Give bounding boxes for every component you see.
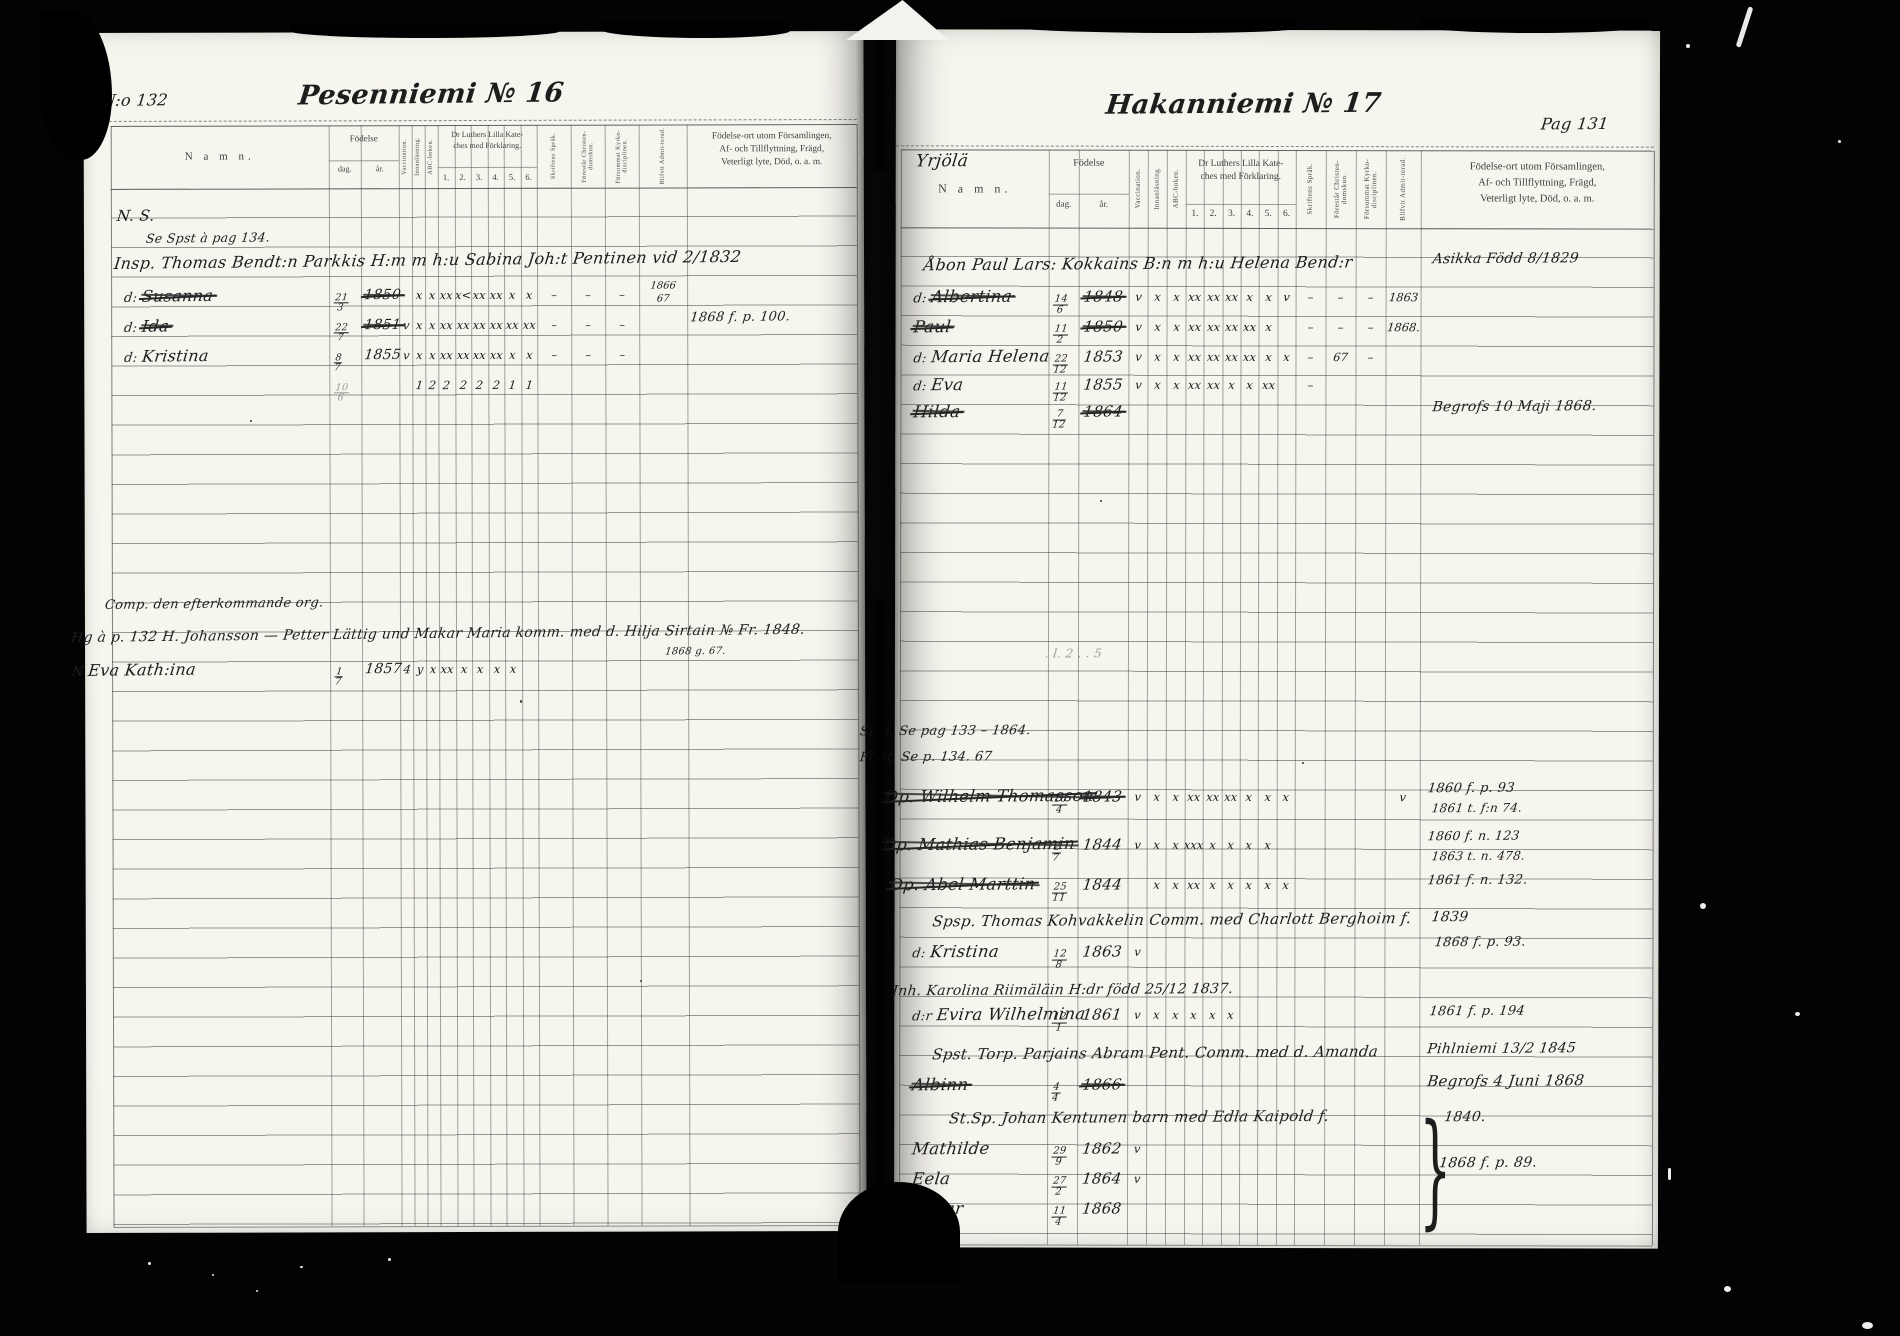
examination-mark: xx [1205, 792, 1219, 804]
katekes-number-header: 5. [1259, 210, 1277, 220]
examination-mark: x [1245, 880, 1253, 892]
white-speck [1862, 1322, 1873, 1329]
examination-mark: x [493, 664, 501, 676]
examination-mark: v [402, 320, 410, 332]
person-name: Eva Kath:ina [87, 660, 197, 680]
person-name-cell: d: Kristina [911, 944, 999, 961]
person-name-cell: Dp. Mathias Benjamin [882, 836, 1076, 854]
examination-mark: v [1134, 292, 1142, 304]
birth-year: 1850 [1083, 319, 1124, 334]
birth-year: 1857 [364, 662, 402, 676]
remarks-note: 1839 [1431, 910, 1470, 924]
examination-mark: xx [439, 290, 453, 302]
person-name-cell: Mathilde [911, 1141, 990, 1158]
birth-year-text: 1864 [1082, 402, 1124, 420]
remarks-column-header: Veterligt lyte, Död, o. a. m. [1421, 194, 1654, 205]
examination-mark: – [619, 290, 626, 302]
name-prefix: d: [912, 379, 931, 394]
examination-mark: – [551, 350, 558, 362]
person-name-cell: Paul [913, 319, 952, 336]
person-name: Maria Helena [930, 346, 1051, 366]
examination-mark: x [1263, 880, 1271, 892]
register-scan: N:o 132 Pesenniemi № 16 N a m n.Födelsed… [0, 0, 1900, 1336]
paper-speck [250, 420, 252, 422]
examination-mark: xx [1243, 352, 1257, 364]
forsummat-column-header: Försummat Kyrko-disciplinen. [605, 127, 639, 186]
birth-year: 1863 [1082, 944, 1123, 959]
birth-year-text: 1864 [1081, 1169, 1123, 1187]
ar-subheader: år. [361, 165, 399, 173]
examination-mark: x [1263, 840, 1271, 852]
fodelse-column-header: Födelse [329, 134, 399, 143]
birth-year: 1848 [1083, 289, 1124, 304]
examination-mark: x [1153, 292, 1161, 304]
person-name: Albertina [930, 287, 1013, 307]
left-title-rule [94, 119, 857, 122]
examination-mark: xx [1206, 380, 1220, 392]
examination-mark: 1 [525, 380, 534, 392]
paper-speck [640, 980, 642, 982]
forsummat-column-header: Försummat Kyrko-disciplinen. [1356, 152, 1386, 226]
vertical-label-text: ABC-boken. [1173, 169, 1180, 209]
remarks-column-header: Födelse-ort utom Församlingen, [1421, 162, 1654, 173]
birth-year: 1855 [363, 348, 401, 362]
white-speck [388, 1258, 391, 1261]
sprak-column-header: Skriftens Språk. [1296, 152, 1326, 226]
examination-mark: – [551, 290, 558, 302]
examination-mark: xx [505, 320, 519, 332]
right-title-rule [896, 145, 1654, 147]
examination-mark: 2 [459, 380, 468, 392]
examination-mark: 2 [492, 380, 501, 392]
birth-year: 1861 [1081, 1007, 1122, 1022]
examination-mark: y [416, 664, 424, 676]
examination-mark: x [1282, 352, 1290, 364]
ruled-lines [111, 187, 860, 1227]
examination-mark: x [1172, 352, 1180, 364]
vertical-label-text: Skriftens Språk. [1307, 163, 1314, 215]
examination-mark: xx [1261, 380, 1275, 392]
examination-mark: – [1367, 292, 1374, 304]
white-speck [1668, 1168, 1671, 1180]
examination-mark: x [1153, 322, 1161, 334]
examination-mark: 2 [428, 380, 437, 392]
fodelse-column-header: Födelse [1049, 159, 1129, 169]
examination-mark: v [1133, 1174, 1141, 1186]
katekes-number-header: 1. [1186, 210, 1204, 220]
birth-year-text: 1844 [1082, 875, 1124, 893]
birth-year-text: 1861 [1081, 1005, 1123, 1023]
examination-mark: x [1171, 880, 1179, 892]
name-prefix: N [71, 665, 89, 680]
examination-mark: xx [439, 320, 453, 332]
ar-subheader: år. [1079, 200, 1129, 209]
examination-mark: xx [1206, 322, 1220, 334]
examination-mark: x [1172, 380, 1180, 392]
examination-mark: 1 [508, 380, 517, 392]
examination-mark: x [428, 320, 436, 332]
remarks-note: 1868 f. p. 93. [1434, 936, 1527, 950]
white-speck [148, 1262, 151, 1265]
vertical-label-text: Innanläsning. [1154, 167, 1161, 210]
black-edge-bump-1 [290, 24, 560, 38]
remarks-note: 1868 f. p. 89. [1438, 1156, 1538, 1171]
birth-year: 1844 [1082, 837, 1123, 852]
remarks-note: 1868 f. p. 100. [689, 310, 790, 324]
examination-mark: x [1282, 792, 1290, 804]
examination-mark: xx [456, 350, 470, 362]
examination-mark: 4 [402, 664, 411, 676]
birth-day-fraction: 114 [1050, 1207, 1067, 1227]
examination-mark: v [1283, 292, 1291, 304]
abc-column-header: ABC-boken. [425, 127, 438, 186]
sprak-column-header: Skriftens Språk. [537, 127, 571, 186]
examination-mark: v [1134, 322, 1142, 334]
birth-year-text: 1857 [364, 661, 403, 677]
left-page-title: Pesenniemi № 16 [297, 79, 565, 109]
examination-mark: xx [1188, 352, 1202, 364]
person-name-cell: Albinn [911, 1077, 969, 1094]
examination-mark: 2 [442, 380, 451, 392]
examination-mark: x [525, 350, 533, 362]
right-page-title: Hakanniemi № 17 [1104, 90, 1382, 119]
examination-mark: x [428, 290, 436, 302]
examination-mark: – [619, 320, 626, 332]
examination-mark: – [619, 350, 626, 362]
vertical-label-text: ABC-boken. [428, 139, 435, 174]
admit-column-header: Blifvit Admit-terad. [639, 126, 687, 185]
vertical-label-text: Blifvit Admit-terad. [1400, 157, 1407, 221]
birth-year: 1866 [1081, 1077, 1122, 1092]
person-name-cell: d: Kristina [123, 348, 209, 365]
person-name: Hilda [912, 402, 961, 421]
examination-mark: – [551, 320, 558, 332]
katekes-number-header: 2. [1204, 210, 1222, 220]
handwritten-line: Comp. den efterkommande org. [104, 596, 324, 611]
examination-mark: x [1263, 792, 1271, 804]
examination-mark: xx [472, 290, 486, 302]
katekes-header-line2: ches med Förklaring. [1186, 173, 1296, 183]
examination-mark: x [1227, 840, 1235, 852]
examination-mark: 1868. [1386, 322, 1420, 334]
birth-day-fraction: 2212 [1052, 355, 1069, 375]
person-name: Ida [141, 316, 170, 335]
forestar-column-header: Förestår Christen-domskun. [1326, 152, 1356, 226]
birth-year-text: 1850 [363, 287, 402, 303]
birth-year-text: 1868 [1081, 1199, 1123, 1217]
examination-mark: x< [454, 290, 471, 302]
person-name: Kristina [929, 942, 1000, 961]
examination-mark: x [1152, 880, 1160, 892]
examination-mark: x [1152, 792, 1160, 804]
examination-mark: x [1152, 1010, 1160, 1022]
examination-mark: xxx [1183, 840, 1204, 852]
birth-day-fraction: 712 [1052, 410, 1067, 430]
examination-mark: x [1172, 292, 1180, 304]
examination-mark: x [1227, 880, 1235, 892]
examination-mark: x [1264, 352, 1272, 364]
katekes-number-header: 4. [487, 173, 504, 182]
katekes-number-header: 6. [1277, 210, 1295, 220]
birth-year: 1851 [363, 318, 401, 332]
examination-mark: xx [489, 290, 503, 302]
white-speck [1700, 903, 1706, 909]
grouping-brace: } [1419, 1108, 1451, 1232]
examination-mark: x [1264, 322, 1272, 334]
katekes-number-header: 3. [471, 173, 488, 182]
examination-mark: x [415, 320, 423, 332]
examination-mark: x [1226, 1010, 1234, 1022]
examination-mark: x [509, 290, 517, 302]
examination-mark: x [428, 350, 436, 362]
remarks-note: 1861 f. p. 194 [1429, 1005, 1526, 1019]
abc-column-header: ABC-boken. [1167, 152, 1186, 226]
examination-mark: – [1307, 322, 1314, 334]
black-edge-bump-4 [1420, 18, 1650, 33]
katekes-number-header: 1. [438, 173, 455, 182]
black-gutter-bottom [838, 1182, 960, 1282]
katekes-number-header: 4. [1241, 210, 1259, 220]
paper-speck [982, 1122, 985, 1124]
examination-mark: xx [1188, 292, 1202, 304]
birth-year-text: 1855 [1082, 375, 1124, 393]
examination-mark: x [1171, 792, 1179, 804]
examination-mark: xx [1206, 292, 1220, 304]
remarks-note: 1863 t. n. 478. [1431, 850, 1526, 863]
person-name: Albinn [911, 1075, 969, 1094]
examination-mark: x [1264, 292, 1272, 304]
examination-mark: xx [439, 350, 453, 362]
vertical-label-text: Vaccination. [1135, 169, 1142, 209]
remarks-note: 1860 f. p. 93 [1427, 782, 1515, 796]
forestar-column-header: Förestår Christen-domskun. [571, 127, 605, 186]
person-name-cell: Dp. Abel Marttin [889, 876, 1037, 894]
birth-day-fraction: 112 [1052, 325, 1069, 345]
examination-mark: v [1133, 947, 1141, 959]
person-name-cell: d: Eva [912, 377, 964, 394]
right-village-name: Yrjölä [915, 153, 969, 170]
white-scratch-right [1736, 6, 1754, 47]
person-name: Paul [913, 317, 953, 336]
white-speck [300, 1266, 303, 1268]
birth-year: 1855 [1083, 377, 1124, 392]
header-top-line [111, 124, 857, 127]
vertical-label-text: Försummat Kyrko-disciplinen. [1363, 152, 1378, 226]
examination-mark: x [1227, 380, 1235, 392]
birth-day-fraction: 164 [1051, 795, 1068, 815]
examination-mark: xx [1224, 322, 1238, 334]
birth-day-fraction: 121 [1051, 1013, 1068, 1033]
katekes-header-line1: Dr Luthers Lilla Kate- [438, 131, 537, 139]
examination-mark: x [1245, 792, 1253, 804]
examination-mark: x [415, 350, 423, 362]
right-folio-number: Pag 131 [1540, 116, 1609, 132]
examination-mark: xx [1223, 792, 1237, 804]
examination-mark: v [1134, 380, 1142, 392]
examination-mark: x [1246, 380, 1254, 392]
examination-mark: – [585, 290, 592, 302]
birth-year-text: 1853 [1083, 347, 1125, 365]
examination-mark: – [585, 350, 592, 362]
white-speck [1838, 140, 1841, 143]
examination-mark: xx [1187, 792, 1201, 804]
person-name-cell: d: Susanna [123, 288, 214, 305]
white-speck [1686, 44, 1690, 48]
dag-subheader: dag. [329, 165, 361, 173]
examination-mark: x [1152, 840, 1160, 852]
vacc-column-header: Vaccination. [399, 127, 412, 186]
examination-mark: – [1307, 292, 1314, 304]
handwritten-line: 1868 g. 67. [664, 647, 726, 658]
remarks-note: 1861 f. n. 132. [1427, 874, 1529, 888]
spine-dark-line [869, 170, 886, 600]
birth-day-fraction: 272 [1050, 1177, 1067, 1197]
examination-mark: v [402, 350, 410, 362]
marginal-note: N. S. [116, 209, 155, 224]
fodelse-divider [1049, 194, 1129, 195]
person-name: Susanna [141, 286, 214, 306]
remarks-note: Begrofs 4 Juni 1868 [1426, 1073, 1585, 1089]
examination-mark: – [1337, 292, 1344, 304]
name-prefix: d: [912, 351, 931, 366]
examination-mark: xx [1188, 322, 1202, 334]
examination-mark: xx [522, 320, 536, 332]
right-page: Hakanniemi № 17 Pag 131 Yrjölä N a m n.F… [894, 29, 1660, 1248]
examination-mark: xx [489, 320, 503, 332]
fodelse-divider [329, 160, 399, 161]
examination-mark: xx [1224, 352, 1238, 364]
remarks-note: Begrofs 10 Maji 1868. [1432, 399, 1598, 414]
handwritten-line: Spst. Torp. Parjains Abram Pent. Comm. m… [931, 1044, 1379, 1062]
examination-mark: v [1398, 792, 1406, 804]
examination-mark: 1863 [1388, 292, 1419, 304]
person-name-cell: N Eva Kath:ina [71, 662, 197, 679]
birth-year: 1844 [1082, 877, 1123, 892]
examination-mark: xx [472, 350, 486, 362]
marginal-note: Se Spst à pag 134. [145, 231, 271, 245]
examination-mark: – [1367, 352, 1374, 364]
katekes-number-header: 6. [520, 173, 537, 182]
examination-mark: x [477, 664, 485, 676]
dag-subheader: dag. [1049, 200, 1079, 209]
remarks-note: 1860 f. n. 123 [1427, 830, 1521, 843]
admitted-year-note: 1866 [650, 281, 676, 291]
examination-mark: xx [456, 320, 470, 332]
paper-speck [1302, 762, 1304, 764]
examination-mark: v [1133, 1144, 1141, 1156]
katekes-header-line1: Dr Luthers Lilla Kate- [1186, 160, 1296, 170]
birth-year: 1868 [1081, 1201, 1122, 1216]
examination-mark: – [1367, 322, 1374, 334]
admitted-year-note: 67 [656, 294, 670, 304]
examination-mark: x [1208, 880, 1216, 892]
examination-mark: 67 [1333, 352, 1349, 364]
examination-mark: xx [1187, 880, 1201, 892]
paper-speck [520, 700, 522, 703]
name-prefix: d:r [911, 1009, 937, 1024]
katekes-divider [438, 167, 537, 168]
handwritten-line: St.Sp. Johan Kentunen barn med Edla Kaip… [948, 1109, 1330, 1127]
vertical-label-text: Blifvit Admit-terad. [659, 127, 666, 184]
examination-mark: x [1282, 880, 1290, 892]
birth-day-fraction: 146 [1052, 295, 1069, 315]
person-name-cell: Hilda [912, 404, 961, 421]
remarks-note: Asikka Född 8/1829 [1432, 251, 1580, 266]
vertical-label-text: Vaccination. [402, 139, 409, 175]
remarks-note: 1861 t. f:n 74. [1431, 802, 1523, 815]
birth-year-text: 1862 [1081, 1139, 1123, 1157]
birth-year: 1864 [1081, 1171, 1122, 1186]
examination-mark: – [1307, 380, 1314, 392]
remarks-column-header: Födelse-ort utom Församlingen, [687, 132, 857, 142]
handwritten-line: . l. 2 . . 5 [1044, 647, 1102, 659]
examination-mark: v [1134, 352, 1142, 364]
person-name-cell: d: Albertina [913, 289, 1013, 306]
examination-mark: – [1337, 322, 1344, 334]
birth-day-fraction: 128 [1051, 950, 1068, 970]
innan-column-header: Innanläsning. [412, 127, 425, 186]
examination-mark: x [510, 664, 518, 676]
white-speck [212, 1274, 214, 1276]
vertical-label-text: Innanläsning. [415, 137, 422, 176]
katekes-number-header: 2. [454, 173, 471, 182]
person-name: Dp. Abel Marttin [889, 874, 1037, 894]
left-page: N:o 132 Pesenniemi № 16 N a m n.Födelsed… [83, 31, 866, 1233]
examination-mark: x [1208, 840, 1216, 852]
examination-mark: v [1133, 792, 1141, 804]
birth-year-text: 1843 [1082, 787, 1124, 805]
person-name: Dp. Mathias Benjamin [882, 834, 1077, 854]
remarks-column-header: Af- och Tillflyttning, Frägd, [687, 145, 857, 155]
birth-year-text: 1844 [1082, 835, 1124, 853]
namn-column-header: N a m n. [901, 182, 1049, 194]
birth-year: 1843 [1082, 789, 1123, 804]
examination-mark: x [1208, 1010, 1216, 1022]
birth-day-fraction: 299 [1050, 1147, 1067, 1167]
examination-mark: x [509, 350, 517, 362]
person-name-cell: d: Ida [123, 318, 170, 335]
handwritten-line: Inh. Karolina Riimäläin H:dr född 25/12 … [892, 982, 1234, 998]
examination-mark: x [1171, 1010, 1179, 1022]
remarks-column-header: Veterligt lyte, Död, o. a. m. [687, 158, 857, 168]
birth-day-fraction: 227 [333, 324, 350, 343]
katekes-number-header: 5. [504, 173, 521, 182]
katekes-header-line2: ches med Förklaring. [438, 142, 537, 150]
innan-column-header: Innanläsning. [1148, 152, 1167, 226]
birth-year: 1862 [1081, 1141, 1122, 1156]
katekes-number-header: 3. [1222, 210, 1240, 220]
admit-column-header: Blifvit Admit-terad. [1386, 152, 1421, 226]
vacc-column-header: Vaccination. [1129, 152, 1148, 226]
examination-mark: v [1133, 840, 1141, 852]
examination-mark: xx [1243, 322, 1257, 334]
vertical-label-text: Försummat Kyrko-disciplinen. [615, 127, 628, 186]
birth-year: 1853 [1083, 349, 1124, 364]
examination-mark: x [1190, 1010, 1198, 1022]
birth-day-fraction: 2511 [1051, 883, 1068, 903]
name-prefix: d: [911, 946, 930, 961]
remarks-column-header: Af- och Tillflyttning, Frägd, [1421, 178, 1654, 189]
white-speck [256, 1290, 258, 1292]
examination-mark: xx [1224, 292, 1238, 304]
white-speck [1724, 1286, 1731, 1292]
birth-day-fraction: 106 [333, 384, 350, 403]
examination-mark: x [1153, 380, 1161, 392]
examination-mark: – [585, 320, 592, 332]
examination-mark: xx [489, 350, 503, 362]
name-prefix: d: [123, 351, 142, 366]
birth-year-text: 1850 [1083, 317, 1125, 335]
